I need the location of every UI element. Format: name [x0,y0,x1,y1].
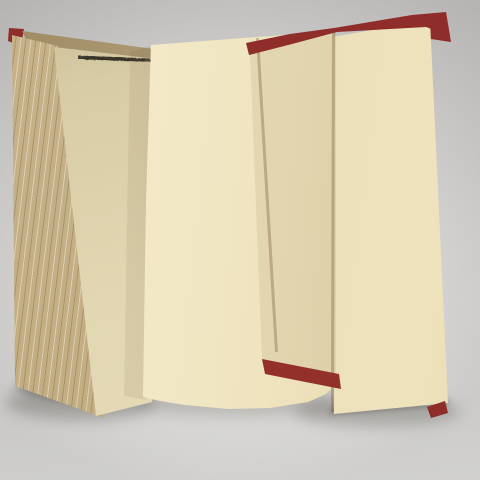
photo-scene: 630 BOO Surtax,companies, on, 546Suspens… [0,0,480,480]
